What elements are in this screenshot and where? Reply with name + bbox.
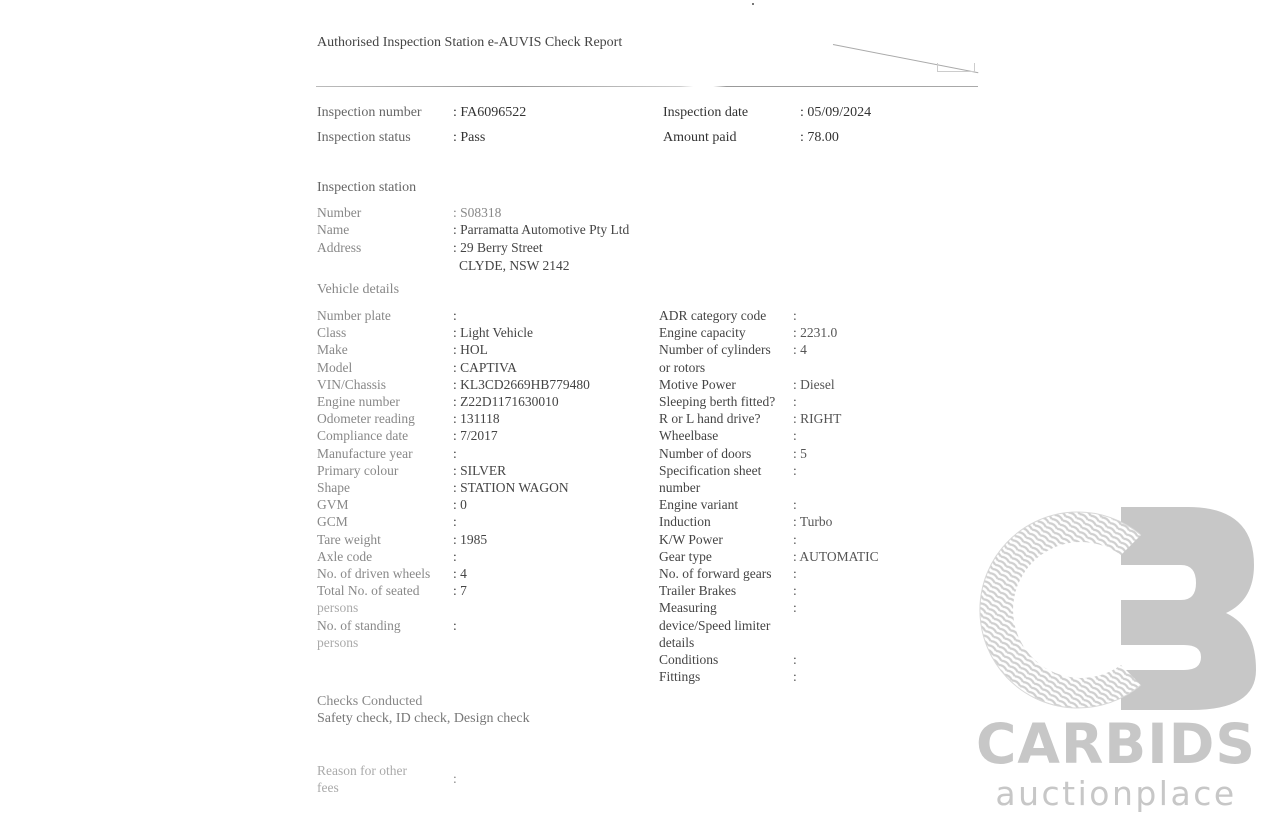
field-value: : HOL <box>453 341 488 358</box>
checks-heading: Checks Conducted <box>317 694 422 710</box>
field-label: Wheelbase <box>659 427 793 444</box>
field-label: Manufacture year <box>317 445 453 462</box>
field-value: : RIGHT <box>793 410 841 427</box>
other-fees-label: Reason for other <box>317 762 453 779</box>
field-value: : Light Vehicle <box>453 324 533 341</box>
field-label: GVM <box>317 496 453 513</box>
inspection-status-label: Inspection status <box>317 130 411 146</box>
amount-paid-label: Amount paid <box>663 130 737 146</box>
field-value: : 1985 <box>453 531 487 548</box>
station-address-label: Address <box>317 239 453 256</box>
field-value: : <box>453 307 457 324</box>
station-number-label: Number <box>317 204 453 221</box>
field-value: : KL3CD2669HB779480 <box>453 376 590 393</box>
field-label: Measuring <box>659 599 793 616</box>
field-value: : STATION WAGON <box>453 479 569 496</box>
field-label: Specification sheet <box>659 462 793 479</box>
field-value: : 5 <box>793 445 807 462</box>
field-label: Number of doors <box>659 445 793 462</box>
field-value: : Turbo <box>793 513 832 530</box>
field-label: Tare weight <box>317 531 453 548</box>
header-divider <box>316 86 978 87</box>
field-label: Primary colour <box>317 462 453 479</box>
field-label: Induction <box>659 513 793 530</box>
station-name-label: Name <box>317 221 453 238</box>
field-label: Engine number <box>317 393 453 410</box>
field-label: Engine variant <box>659 496 793 513</box>
brand-name: CARBIDS <box>976 712 1256 776</box>
field-value: : <box>453 617 457 634</box>
field-label: ADR category code <box>659 307 793 324</box>
field-value: : 7 <box>453 582 467 599</box>
station-number-value: : S08318 <box>453 204 501 221</box>
field-value: : <box>793 393 797 410</box>
field-value: : 131118 <box>453 410 500 427</box>
inspection-number-value: : FA6096522 <box>453 105 526 121</box>
field-label: K/W Power <box>659 531 793 548</box>
field-value: : <box>793 565 797 582</box>
field-value: : <box>793 651 797 668</box>
field-label-cont: device/Speed limiter <box>659 617 793 634</box>
field-value: : AUTOMATIC <box>793 548 879 565</box>
field-label: VIN/Chassis <box>317 376 453 393</box>
field-label: Odometer reading <box>317 410 453 427</box>
field-value: : <box>793 462 797 479</box>
field-value: : Z22D1171630010 <box>453 393 559 410</box>
field-value: : <box>793 582 797 599</box>
field-label: Motive Power <box>659 376 793 393</box>
field-label: Compliance date <box>317 427 453 444</box>
station-name-value: : Parramatta Automotive Pty Ltd <box>453 221 629 238</box>
station-address-line2: CLYDE, NSW 2142 <box>459 257 570 274</box>
field-value: : 4 <box>453 565 467 582</box>
field-value: : 7/2017 <box>453 427 498 444</box>
vehicle-heading: Vehicle details <box>317 282 399 298</box>
inspection-status-value: : Pass <box>453 130 485 146</box>
station-address-value: : 29 Berry Street <box>453 239 543 256</box>
other-fees-label-2: fees <box>317 779 453 796</box>
field-label: Conditions <box>659 651 793 668</box>
station-heading: Inspection station <box>317 180 416 196</box>
field-value: : <box>793 531 797 548</box>
field-label-cont: or rotors <box>659 359 793 376</box>
scan-speck <box>752 3 754 5</box>
field-label: No. of standing <box>317 617 453 634</box>
field-label: Number of cylinders <box>659 341 793 358</box>
field-value: : 0 <box>453 496 467 513</box>
other-fees-value: : <box>453 770 457 787</box>
field-label: Fittings <box>659 668 793 685</box>
field-label: Total No. of seated <box>317 582 453 599</box>
report-title: Authorised Inspection Station e-AUVIS Ch… <box>317 35 622 51</box>
field-label: Sleeping berth fitted? <box>659 393 793 410</box>
inspection-number-label: Inspection number <box>317 105 422 121</box>
field-label: Trailer Brakes <box>659 582 793 599</box>
field-value: : <box>793 599 797 616</box>
field-label: Class <box>317 324 453 341</box>
field-label-cont: number <box>659 479 793 496</box>
field-label: Shape <box>317 479 453 496</box>
field-label: Axle code <box>317 548 453 565</box>
field-value: : <box>453 548 457 565</box>
field-value: : <box>453 445 457 462</box>
field-label: Make <box>317 341 453 358</box>
amount-paid-value: : 78.00 <box>800 130 839 146</box>
checks-value: Safety check, ID check, Design check <box>317 711 530 727</box>
field-value: : SILVER <box>453 462 506 479</box>
field-label: Gear type <box>659 548 793 565</box>
field-label-cont: details <box>659 634 793 651</box>
field-value: : <box>453 513 457 530</box>
field-value: : <box>793 496 797 513</box>
field-label: Engine capacity <box>659 324 793 341</box>
field-value: : <box>793 307 797 324</box>
inspection-date-value: : 05/09/2024 <box>800 105 871 121</box>
field-value: : <box>793 427 797 444</box>
field-value: : CAPTIVA <box>453 359 517 376</box>
field-label: Number plate <box>317 307 453 324</box>
field-label: No. of forward gears <box>659 565 793 582</box>
field-label-cont: persons <box>317 634 453 651</box>
field-value: : <box>793 668 797 685</box>
field-value: : Diesel <box>793 376 835 393</box>
field-value: : 2231.0 <box>793 324 837 341</box>
brand-tagline: auctionplace <box>976 774 1256 813</box>
field-label: R or L hand drive? <box>659 410 793 427</box>
field-label: GCM <box>317 513 453 530</box>
field-label-cont: persons <box>317 599 453 616</box>
field-label: Model <box>317 359 453 376</box>
field-value: : 4 <box>793 341 807 358</box>
field-label: No. of driven wheels <box>317 565 453 582</box>
signature-box <box>937 63 975 72</box>
inspection-date-label: Inspection date <box>663 105 748 121</box>
